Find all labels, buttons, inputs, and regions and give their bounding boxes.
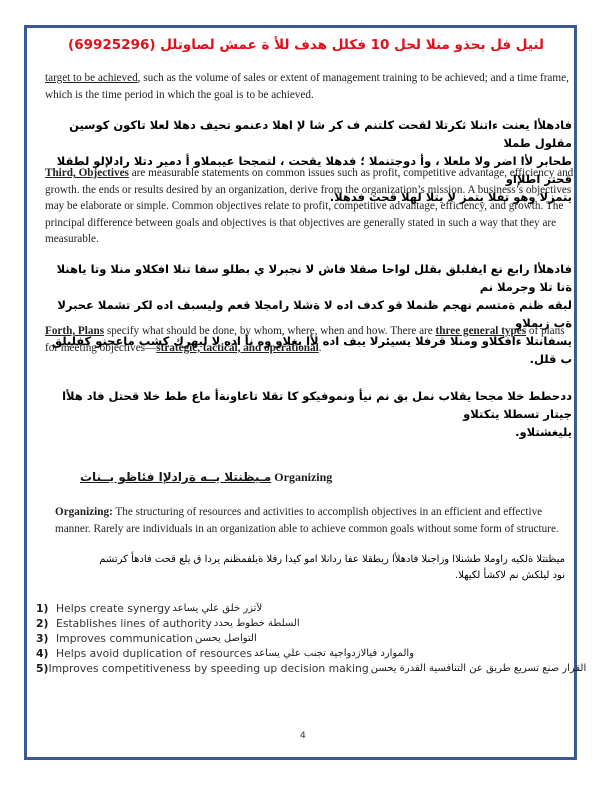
objectives-label: Third, Objectives [45,167,129,179]
list-number: 1) [36,601,56,616]
plans-label: Forth, Plans [45,325,104,337]
arabic-line: ددحطط خلا مجحا يقلاب نمل بق نم نيأ ونموف… [40,387,572,423]
organizing-arabic-paragraph: ميظنتلا ةلكيه راوملا طشنلاا وزاجنلا فاده… [20,552,565,584]
list-arabic: التواصل يحسن [195,631,257,646]
arabic-line: فادهلأا يعنت ءاتنلا ثكرتلا لقحت كلتنم ف … [40,116,572,152]
list-number: 3) [36,631,56,646]
arabic-line: نود ليلكش نم لاكشأ لكيهلا. [20,568,565,584]
goals-paragraph: target to be achieved, such as the volum… [45,70,575,103]
list-item: 3) Improves communication التواصل يحسن [36,631,576,646]
organizing-text: The structuring of resources and activit… [55,506,559,535]
page-number: 4 [300,731,306,741]
arabic-line: فادهلأا رابع نع ايفلبلق بقلل لواحا صقلا … [40,260,572,296]
list-item: 1) Helps create synergy لآتزر خلق علي يس… [36,601,576,616]
list-english: Improves communication [56,631,193,646]
list-arabic: القرار صنع تسريع طريق عن التنافسية القدر… [371,661,587,676]
list-number: 2) [36,616,56,631]
plans-types-emphasis: three general types [436,325,527,337]
target-phrase: target to be achieved [45,72,138,84]
plans-paragraph: Forth, Plans specify what should be done… [45,323,580,356]
list-english: Helps avoid duplication of resources [56,646,252,661]
objectives-paragraph: Third, Objectives are measurable stateme… [45,165,580,248]
list-item: 2) Establishes lines of authority السلطة… [36,616,576,631]
list-english: Establishes lines of authority [56,616,212,631]
list-arabic: السلطة خطوط يحدد [214,616,300,631]
plans-arabic-paragraph: ددحطط خلا مجحا يقلاب نمل بق نم نيأ ونموف… [40,387,572,441]
list-arabic: لآتزر خلق علي يساعد [172,601,262,616]
organizing-heading: مـيظنتلا يــه ةرادلإا فئاظو يــناث Organ… [80,470,332,485]
arabic-line: يليغشتلاو. [40,423,572,441]
plans-kinds-emphasis: strategic, tactical, and operational [156,342,319,354]
plans-text: specify what should be done, by whom, wh… [104,325,436,337]
organizing-heading-arabic: مـيظنتلا يــه ةرادلإا فئاظو يــناث [80,470,271,484]
benefits-list: 1) Helps create synergy لآتزر خلق علي يس… [36,601,576,676]
list-item: 4) Helps avoid duplication of resources … [36,646,576,661]
list-english: Improves competitiveness by speeding up … [48,661,368,676]
arabic-line: ميظنتلا ةلكيه راوملا طشنلاا وزاجنلا فاده… [20,552,565,568]
list-english: Helps create synergy [56,601,170,616]
list-arabic: والموارد فيالازدواجية تجنب علي يساعد [254,646,414,661]
plans-text: . [319,342,322,354]
header-title: لنيل فل بحذو منلا لحل 10 فكلل هدف للأ ة … [0,37,612,53]
organizing-label: Organizing: [55,506,113,518]
list-number: 4) [36,646,56,661]
list-number: 5) [36,661,48,676]
organizing-heading-english: Organizing [274,470,332,484]
organizing-paragraph: Organizing: The structuring of resources… [55,504,580,537]
list-item: 5) Improves competitiveness by speeding … [36,661,576,676]
